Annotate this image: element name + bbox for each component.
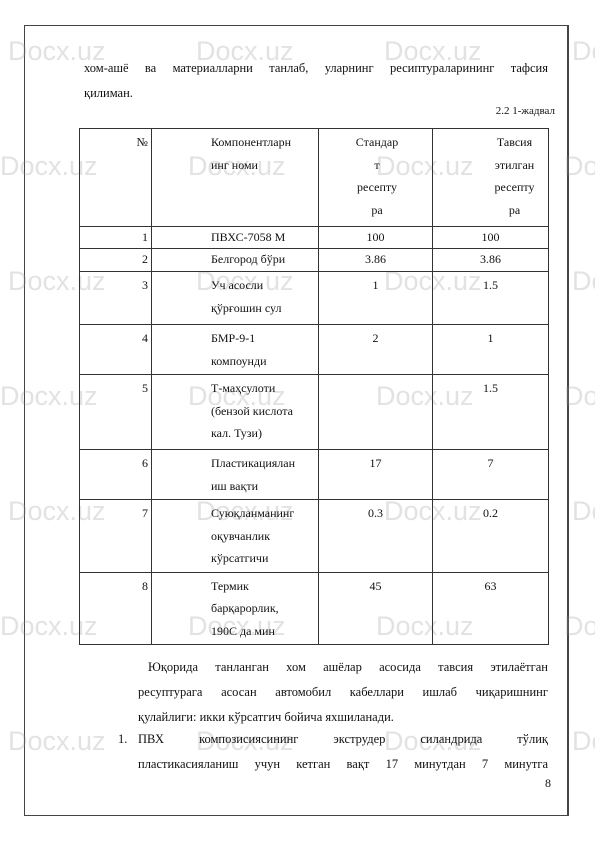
header-line: ресепту <box>483 176 546 199</box>
numbered-list-item: 1. ПВХ композисиясининг экструдер силанд… <box>118 727 548 777</box>
standard-recipe-value: 2 <box>319 325 433 375</box>
header-recommended-recipe: Тавсияэтилганресептура <box>433 129 549 227</box>
header-line: этилган <box>483 154 546 177</box>
table-row: 3Уч асослиқўрғошин сул11.5 <box>80 272 549 325</box>
header-line: Стандар <box>325 131 429 154</box>
watermark-text: Docx.uz <box>572 726 595 756</box>
table-row: 7Суюқланманингоқувчанликкўрсатгичи0.30.2 <box>80 500 549 573</box>
recommended-recipe-value: 3.86 <box>433 249 549 272</box>
intro-line-2: қилиман. <box>84 86 133 100</box>
component-name: Термикбарқарорлик,190С да мин <box>152 572 319 645</box>
header-line: инг номи <box>211 154 316 177</box>
header-line: т <box>325 154 429 177</box>
summary-line-1: Юқорида танланган хом ашёлар асосида тав… <box>138 655 548 680</box>
header-line: ра <box>483 199 546 222</box>
standard-recipe-value: 1 <box>319 272 433 325</box>
table-row: 2Белгород бўри3.863.86 <box>80 249 549 272</box>
list-line-1: ПВХ композисиясининг экструдер силандрид… <box>138 727 548 752</box>
recommended-recipe-value: 7 <box>433 450 549 500</box>
component-name: Белгород бўри <box>152 249 319 272</box>
component-name: БМР-9-1компоунди <box>152 325 319 375</box>
page-number: 8 <box>545 776 551 791</box>
intro-paragraph: хом-ашё ва материалларни танлаб, уларнин… <box>84 56 548 106</box>
table-row: 4БМР-9-1компоунди21 <box>80 325 549 375</box>
standard-recipe-value: 100 <box>319 227 433 249</box>
watermark-text: Docx.uz <box>572 496 595 526</box>
list-line-2: пластикасияланиш учун кетган вақт 17 мин… <box>138 752 548 777</box>
header-number: № <box>80 129 152 227</box>
standard-recipe-value: 0.3 <box>319 500 433 573</box>
component-name: Пластикацияланиш вақти <box>152 450 319 500</box>
table-caption: 2.2 1-жадвал <box>496 105 555 117</box>
header-line: Компонентларн <box>211 131 316 154</box>
list-marker: 1. <box>118 727 127 752</box>
table-row: 6Пластикацияланиш вақти177 <box>80 450 549 500</box>
header-component-name: Компонентларнинг номи <box>152 129 319 227</box>
row-number: 3 <box>80 272 152 325</box>
header-standard-recipe: Стандартресептура <box>319 129 433 227</box>
row-number: 6 <box>80 450 152 500</box>
table-row: 5Т-маҳсулоти(бензой кислотакал. Тузи)1.5 <box>80 375 549 450</box>
standard-recipe-value: 45 <box>319 572 433 645</box>
row-number: 4 <box>80 325 152 375</box>
component-name: Т-маҳсулоти(бензой кислотакал. Тузи) <box>152 375 319 450</box>
watermark-text: Docx.uz <box>572 266 595 296</box>
row-number: 7 <box>80 500 152 573</box>
standard-recipe-value <box>319 375 433 450</box>
component-name: ПВХС-7058 М <box>152 227 319 249</box>
header-line: Тавсия <box>483 131 546 154</box>
intro-line-1: хом-ашё ва материалларни танлаб, уларнин… <box>84 56 548 81</box>
summary-paragraph: Юқорида танланган хом ашёлар асосида тав… <box>138 655 548 730</box>
row-number: 8 <box>80 572 152 645</box>
table-header-row: № Компонентларнинг номи Стандартресептур… <box>80 129 549 227</box>
recipe-table: № Компонентларнинг номи Стандартресептур… <box>79 128 549 645</box>
watermark-text: Docx.uz <box>572 36 595 66</box>
standard-recipe-value: 3.86 <box>319 249 433 272</box>
standard-recipe-value: 17 <box>319 450 433 500</box>
header-line: ра <box>325 199 429 222</box>
row-number: 1 <box>80 227 152 249</box>
header-line: ресепту <box>325 176 429 199</box>
row-number: 2 <box>80 249 152 272</box>
table-row: 1ПВХС-7058 М100100 <box>80 227 549 249</box>
component-name: Уч асослиқўрғошин сул <box>152 272 319 325</box>
row-number: 5 <box>80 375 152 450</box>
recommended-recipe-value: 1 <box>433 325 549 375</box>
recommended-recipe-value: 1.5 <box>433 272 549 325</box>
component-name: Суюқланманингоқувчанликкўрсатгичи <box>152 500 319 573</box>
recommended-recipe-value: 0.2 <box>433 500 549 573</box>
recommended-recipe-value: 100 <box>433 227 549 249</box>
recommended-recipe-value: 63 <box>433 572 549 645</box>
summary-line-2: ресуптурага асосан автомобил кабеллари и… <box>138 680 548 705</box>
table-row: 8Термикбарқарорлик,190С да мин4563 <box>80 572 549 645</box>
recommended-recipe-value: 1.5 <box>433 375 549 450</box>
